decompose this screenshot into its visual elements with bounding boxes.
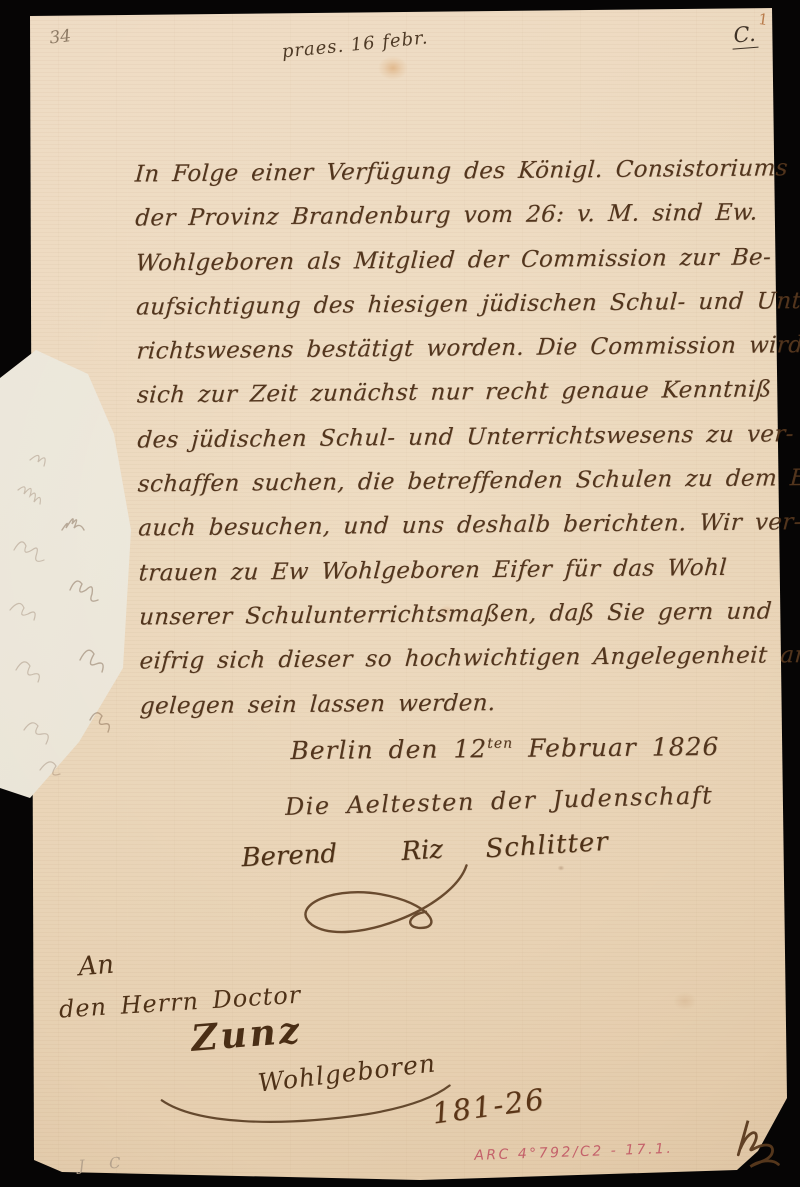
- pencil-marks: J C: [78, 1153, 132, 1175]
- catalog-number: ARC 4°792/C2 - 17.1.: [474, 1141, 674, 1164]
- body-line: Wohlgeboren als Mitglied der Commission …: [134, 235, 737, 285]
- dateline-suffix: Februar 1826: [513, 732, 719, 763]
- body-line: unserer Schulunterrichtsmaßen, daß Sie g…: [138, 590, 741, 640]
- dateline-ordinal: ten: [487, 736, 513, 752]
- address-line-an: An: [77, 950, 115, 983]
- photographed-letter-scan: 34 praes. 16 febr. C. 1 In Folge einer V…: [0, 0, 800, 1187]
- signature-flourish: [291, 861, 522, 953]
- dateline-prefix: Berlin den 12: [290, 734, 487, 765]
- body-line: schaffen suchen, die betreffenden Schule…: [137, 457, 740, 507]
- folio-number: 34: [48, 26, 72, 48]
- corner-number: 1: [757, 10, 769, 29]
- body-line: sich zur Zeit zunächst nur recht genaue …: [136, 368, 739, 418]
- dateline: Berlin den 12ten Februar 1826: [290, 732, 719, 765]
- sender-line: Die Aeltesten der Judenschaft: [285, 781, 714, 821]
- body-line: eifrig sich dieser so hochwichtigen Ange…: [138, 634, 741, 684]
- body-line: des jüdischen Schul- und Unterrichtswese…: [136, 413, 739, 463]
- body-line: richtswesens bestätigt worden. Die Commi…: [135, 324, 738, 374]
- fragment-bleedthrough-writing: [0, 340, 140, 810]
- letter-body: In Folge einer Verfügung des Königl. Con…: [135, 147, 741, 729]
- body-line: auch besuchen, und uns deshalb berichten…: [137, 501, 740, 551]
- body-line: trauen zu Ew Wohlgeboren Eifer für das W…: [137, 545, 740, 595]
- body-line: der Provinz Brandenburg vom 26: v. M. si…: [134, 191, 737, 241]
- clerk-paraph-icon: [724, 1114, 789, 1177]
- praesentatum-note: praes. 16 febr.: [281, 27, 429, 62]
- body-line: aufsichtigung des hiesigen jüdischen Sch…: [135, 280, 738, 330]
- letter-mark: C.: [731, 22, 759, 50]
- signature-schlitter: Schlitter: [485, 827, 610, 865]
- body-line: In Folge einer Verfügung des Königl. Con…: [134, 147, 737, 197]
- address-underline-swash: [156, 1081, 456, 1128]
- body-line: gelegen sein lassen werden.: [139, 678, 742, 728]
- address-line-zunz: Zunz: [190, 1009, 304, 1060]
